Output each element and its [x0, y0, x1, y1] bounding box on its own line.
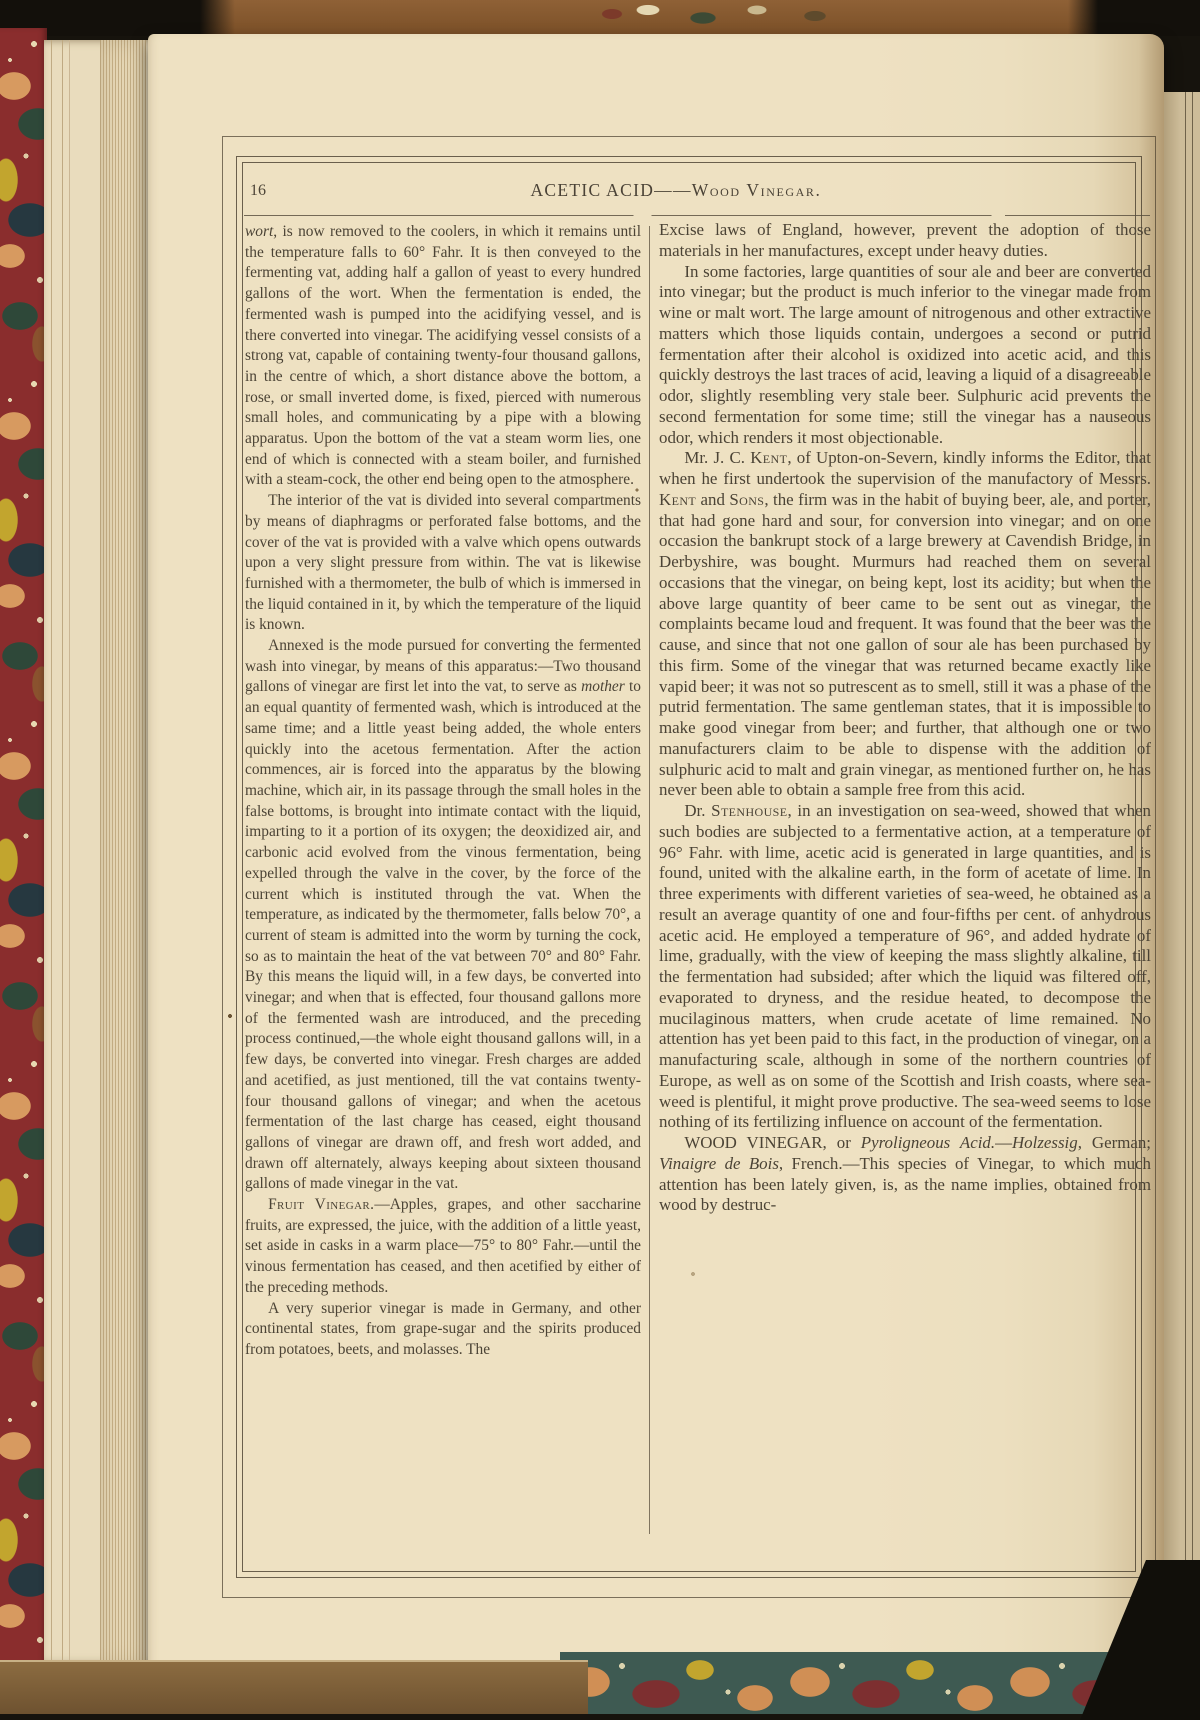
body-text: and [696, 490, 729, 509]
running-title-dash: —— [654, 180, 692, 200]
body-text: , in an investigation on sea-weed, showe… [659, 801, 1151, 1131]
body-text: , German; [1078, 1133, 1151, 1152]
running-title-right: Wood Vinegar. [692, 180, 822, 200]
body-text: , the firm was in the habit of buying be… [659, 490, 1151, 800]
book-bottom-edge [0, 1660, 588, 1714]
body-text: In some factories, large quantities of s… [659, 262, 1151, 447]
italic-text: Vinaigre de Bois [659, 1154, 779, 1173]
book-top-edge [0, 0, 1200, 36]
running-title-left: ACETIC ACID [530, 180, 654, 200]
header-rule [244, 215, 1150, 216]
page-stack-edges [44, 40, 150, 1666]
column-right: Excise laws of England, however, prevent… [659, 220, 1151, 1216]
small-caps-text: Kent [750, 448, 787, 467]
small-caps-text: Stenhouse [711, 801, 787, 820]
column-left: wort, is now removed to the coolers, in … [245, 222, 641, 1361]
paragraph: The interior of the vat is divided into … [245, 491, 641, 636]
body-text: — [995, 1133, 1012, 1152]
paragraph: Fruit Vinegar.—Apples, grapes, and other… [245, 1195, 641, 1299]
running-title: ACETIC ACID——Wood Vinegar. [236, 180, 1116, 201]
body-text: The interior of the vat is divided into … [245, 492, 641, 633]
marbled-endpaper-bottom [560, 1652, 1146, 1714]
italic-text: Holzessig [1012, 1133, 1078, 1152]
next-page-edge [1164, 92, 1200, 1654]
italic-text: wort [245, 223, 273, 240]
body-text: Mr. J. C. [684, 448, 750, 467]
paragraph: A very superior vinegar is made in Germa… [245, 1299, 641, 1361]
body-text: to an equal quantity of fermented wash, … [245, 678, 641, 1192]
paragraph: In some factories, large quantities of s… [659, 262, 1151, 449]
paragraph: WOOD VINEGAR, or Pyroligneous Acid.—Holz… [659, 1133, 1151, 1216]
small-caps-text: Kent [659, 490, 696, 509]
main-page: 16 ACETIC ACID——Wood Vinegar. wort, is n… [148, 34, 1164, 1668]
paragraph: Annexed is the mode pursued for converti… [245, 636, 641, 1195]
small-caps-text: Fruit Vinegar. [268, 1196, 374, 1213]
body-text: Dr. [684, 801, 711, 820]
marbled-endpaper-left [0, 28, 47, 1676]
column-divider [649, 226, 650, 1534]
paragraph: Dr. Stenhouse, in an investigation on se… [659, 801, 1151, 1133]
paragraph: wort, is now removed to the coolers, in … [245, 222, 641, 491]
paragraph: Excise laws of England, however, prevent… [659, 220, 1151, 262]
next-page-border-lines [1164, 92, 1200, 1654]
body-text: Excise laws of England, however, prevent… [659, 220, 1151, 260]
body-text: A very superior vinegar is made in Germa… [245, 1300, 641, 1358]
small-caps-text: Sons [729, 490, 764, 509]
italic-text: Pyroligneous Acid. [861, 1133, 995, 1152]
body-text: WOOD VINEGAR, or [684, 1133, 860, 1152]
page-edge-stripes [100, 40, 146, 1666]
body-text: , is now removed to the coolers, in whic… [245, 223, 641, 488]
paragraph: Mr. J. C. Kent, of Upton-on-Severn, kind… [659, 448, 1151, 801]
italic-text: mother [581, 678, 625, 695]
